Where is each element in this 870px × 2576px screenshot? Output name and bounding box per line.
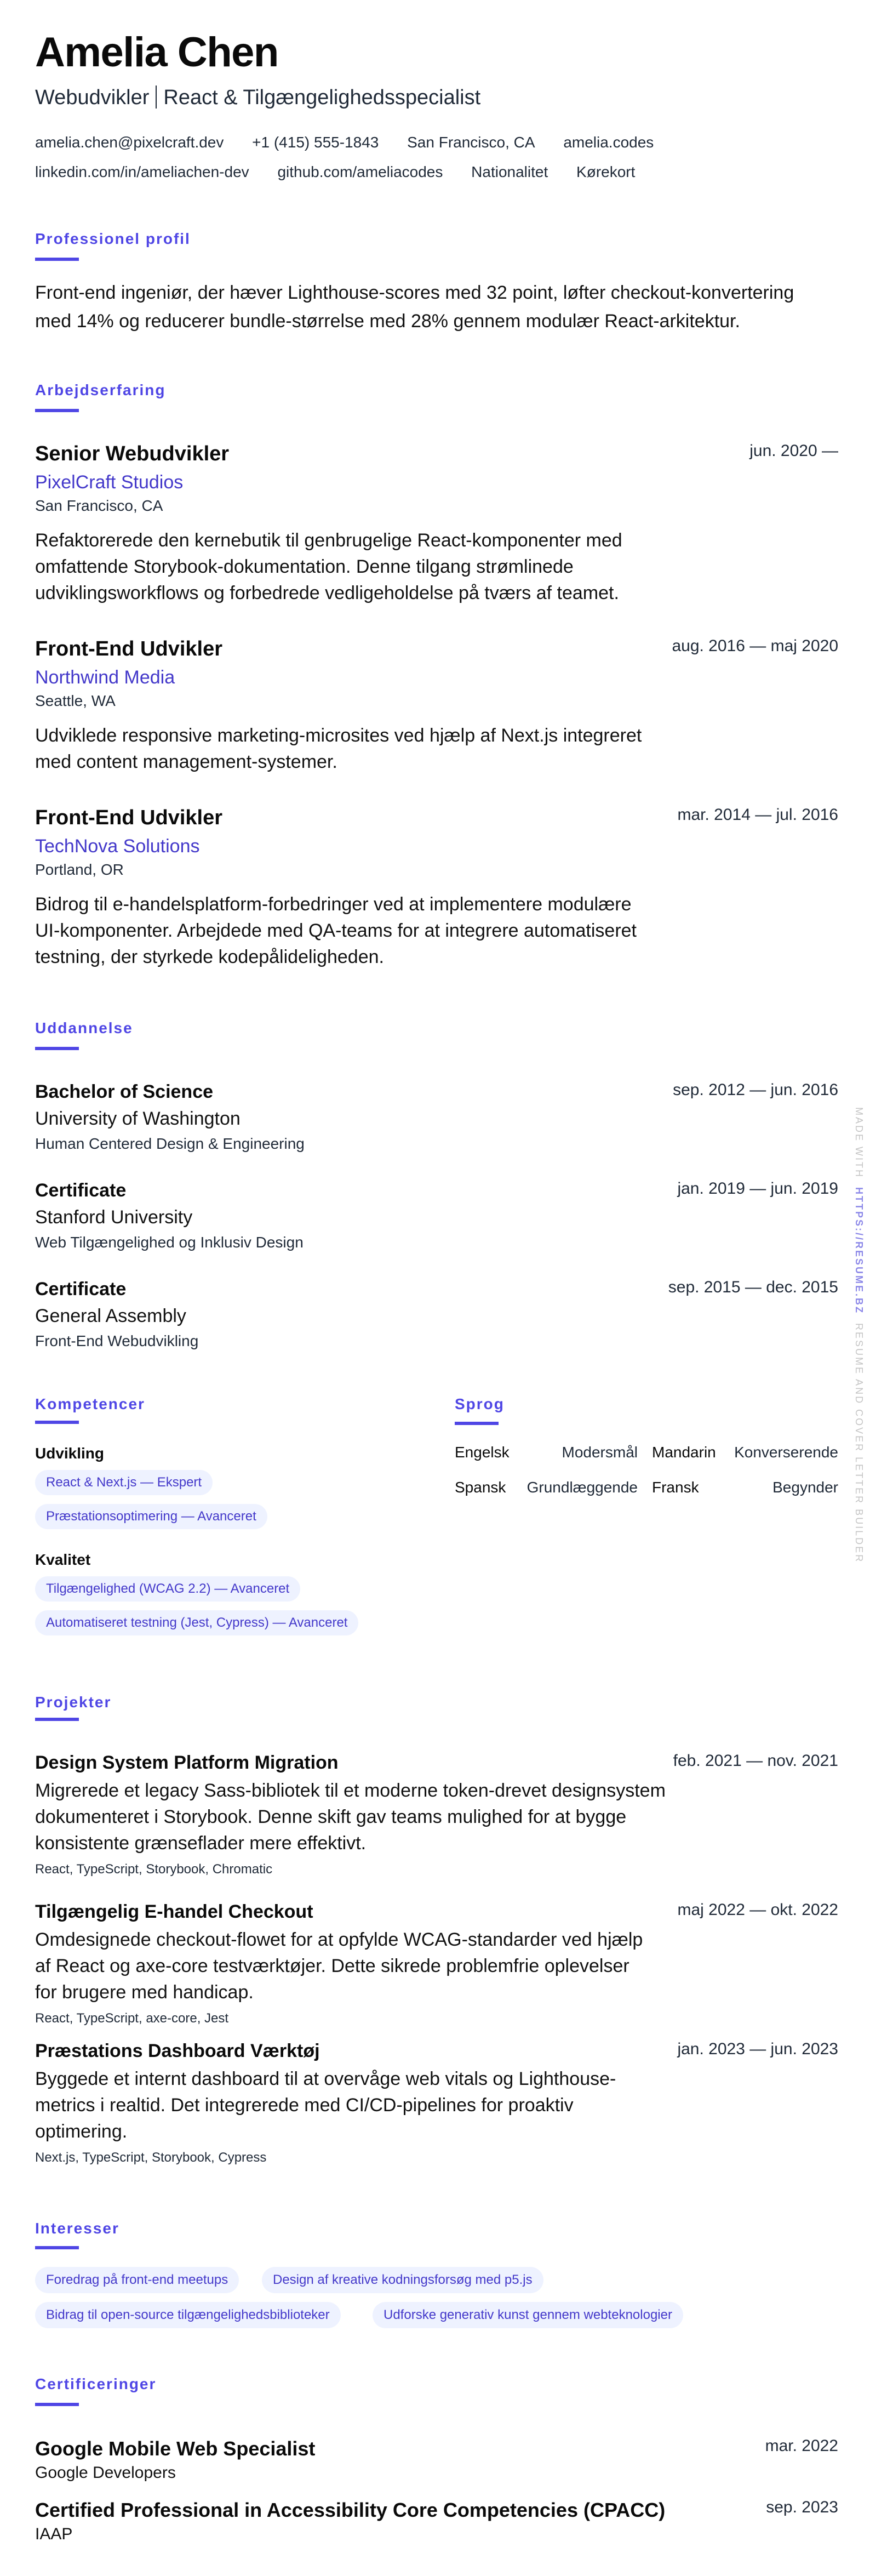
profile-summary: Front-end ingeniør, der hæver Lighthouse… (35, 278, 794, 335)
project-tech: React, TypeScript, axe-core, Jest (35, 2011, 838, 2026)
project-tech: React, TypeScript, Storybook, Chromatic (35, 1862, 838, 1877)
education-field: Human Centered Design & Engineering (35, 1135, 838, 1153)
skill-group-label: Udvikling (35, 1445, 104, 1462)
section-underline (455, 1422, 499, 1425)
language-row: Spansk Grundlæggende Fransk Begynder (455, 1479, 838, 1514)
education-field: Web Tilgængelighed og Inklusiv Design (35, 1233, 838, 1252)
job-company: TechNova Solutions (35, 835, 838, 858)
skill-chip: Præstationsoptimering — Avanceret (35, 1504, 267, 1529)
skill-chip: Automatiseret testning (Jest, Cypress) —… (35, 1610, 358, 1635)
job-location: San Francisco, CA (35, 497, 838, 515)
language-row: Engelsk Modersmål Mandarin Konverserende (455, 1444, 838, 1479)
language-level: Grundlæggende (527, 1479, 638, 1496)
project-description: Migrerede et legacy Sass-bibliotek til e… (35, 1777, 682, 1856)
project-date: maj 2022 — okt. 2022 (677, 1901, 838, 1919)
interest-chip: Foredrag på front-end meetups (35, 2267, 239, 2293)
project-date: feb. 2021 — nov. 2021 (673, 1752, 838, 1770)
project-date: jan. 2023 — jun. 2023 (677, 2040, 838, 2059)
job-company: PixelCraft Studios (35, 471, 838, 494)
job-date: aug. 2016 — maj 2020 (672, 637, 838, 656)
education-item: Certificate jan. 2019 — jun. 2019 Stanfo… (35, 1179, 838, 1251)
project-item: Tilgængelig E-handel Checkout maj 2022 —… (35, 1901, 838, 2026)
job-location: Portland, OR (35, 860, 838, 879)
section-heading-education: Uddannelse (35, 1021, 133, 1036)
contact-nationality: Nationalitet (471, 163, 548, 180)
contact-linkedin[interactable]: linkedin.com/in/ameliachen-dev (35, 163, 249, 180)
interest-chip: Design af kreative kodningsforsøg med p5… (262, 2267, 543, 2293)
candidate-name: Amelia Chen (35, 32, 278, 73)
certification-date: mar. 2022 (765, 2437, 838, 2455)
section-underline (35, 409, 79, 412)
project-item: Præstations Dashboard Værktøj jan. 2023 … (35, 2040, 838, 2165)
certification-title: Certified Professional in Accessibility … (35, 2498, 838, 2522)
education-school: General Assembly (35, 1305, 838, 1327)
subtitle-specialty: React & Tilgængelighedsspecialist (163, 86, 480, 109)
job-description: Bidrog til e-handelsplatform-forbedringe… (35, 891, 649, 970)
section-heading-profile: Professionel profil (35, 231, 191, 247)
job-company: Northwind Media (35, 666, 838, 689)
interest-chip: Bidrag til open-source tilgængelighedsbi… (35, 2302, 341, 2328)
contact-website[interactable]: amelia.codes (563, 134, 654, 151)
section-heading-certifications: Certificeringer (35, 2376, 156, 2392)
section-underline (35, 258, 79, 261)
language-level: Begynder (772, 1479, 838, 1496)
experience-item: Front-End Udvikler mar. 2014 — jul. 2016… (35, 806, 838, 970)
experience-item: Front-End Udvikler aug. 2016 — maj 2020 … (35, 637, 838, 775)
candidate-subtitle: WebudviklerReact & Tilgængelighedsspecia… (35, 86, 480, 111)
section-underline (35, 1718, 79, 1721)
interest-chip: Udforske generativ kunst gennem webtekno… (373, 2302, 683, 2328)
section-underline (35, 1047, 79, 1050)
contact-github[interactable]: github.com/ameliacodes (277, 163, 443, 180)
education-date: sep. 2012 — jun. 2016 (673, 1081, 838, 1099)
contact-drivers-license: Kørekort (576, 163, 635, 180)
skill-chip: React & Next.js — Ekspert (35, 1470, 213, 1495)
language-name: Spansk (455, 1479, 506, 1496)
subtitle-role: Webudvikler (35, 86, 149, 109)
certification-date: sep. 2023 (766, 2498, 838, 2517)
section-heading-skills: Kompetencer (35, 1397, 145, 1412)
section-heading-languages: Sprog (455, 1397, 505, 1412)
contact-location: San Francisco, CA (407, 134, 535, 151)
section-underline (35, 2246, 79, 2249)
education-item: Certificate sep. 2015 — dec. 2015 Genera… (35, 1278, 838, 1350)
language-level: Konverserende (734, 1444, 838, 1461)
languages-grid: Engelsk Modersmål Mandarin Konverserende… (455, 1444, 838, 1514)
section-underline (35, 2403, 79, 2406)
contact-email[interactable]: amelia.chen@pixelcraft.dev (35, 134, 224, 151)
education-school: University of Washington (35, 1108, 838, 1130)
education-date: sep. 2015 — dec. 2015 (668, 1278, 838, 1297)
skill-chip: Tilgængelighed (WCAG 2.2) — Avanceret (35, 1576, 300, 1602)
certification-title: Google Mobile Web Specialist (35, 2437, 838, 2460)
section-heading-interests: Interesser (35, 2221, 119, 2236)
resume-builder-watermark: MADE WITH HTTPS://RESUME.BZ RESUME AND C… (848, 1107, 865, 1563)
watermark-prefix: MADE WITH (854, 1107, 865, 1178)
certification-item: Google Mobile Web Specialist mar. 2022 G… (35, 2437, 838, 2482)
section-heading-projects: Projekter (35, 1695, 111, 1710)
experience-item: Senior Webudvikler jun. 2020 — PixelCraf… (35, 442, 838, 606)
job-description: Udviklede responsive marketing-microsite… (35, 722, 649, 775)
watermark-suffix: RESUME AND COVER LETTER BUILDER (854, 1323, 865, 1563)
education-school: Stanford University (35, 1206, 838, 1229)
job-title: Senior Webudvikler (35, 442, 838, 467)
education-field: Front-End Webudvikling (35, 1332, 838, 1350)
subtitle-divider (156, 86, 157, 109)
job-date: mar. 2014 — jul. 2016 (677, 806, 838, 824)
contact-row-1: amelia.chen@pixelcraft.dev +1 (415) 555-… (35, 134, 678, 151)
language-name: Engelsk (455, 1444, 510, 1461)
certification-item: Certified Professional in Accessibility … (35, 2498, 838, 2544)
contact-phone[interactable]: +1 (415) 555-1843 (252, 134, 379, 151)
job-date: jun. 2020 — (749, 442, 838, 460)
certification-issuer: Google Developers (35, 2464, 838, 2482)
certification-issuer: IAAP (35, 2525, 838, 2544)
project-description: Byggede et internt dashboard til at over… (35, 2066, 643, 2145)
profile-line: Front-end ingeniør, der hæver Lighthouse… (35, 278, 794, 307)
language-level: Modersmål (562, 1444, 638, 1461)
job-location: Seattle, WA (35, 692, 838, 710)
education-date: jan. 2019 — jun. 2019 (677, 1179, 838, 1198)
contact-row-2: linkedin.com/in/ameliachen-dev github.co… (35, 163, 659, 181)
job-description: Refaktorerede den kernebutik til genbrug… (35, 527, 703, 606)
section-underline (35, 1421, 79, 1424)
profile-line: med 14% og reducerer bundle-størrelse me… (35, 307, 794, 335)
section-heading-experience: Arbejdserfaring (35, 383, 166, 398)
language-name: Mandarin (652, 1444, 716, 1461)
project-description: Omdesignede checkout-flowet for at opfyl… (35, 1927, 654, 2005)
project-item: Design System Platform Migration feb. 20… (35, 1752, 838, 1877)
project-tech: Next.js, TypeScript, Storybook, Cypress (35, 2150, 838, 2165)
education-item: Bachelor of Science sep. 2012 — jun. 201… (35, 1081, 838, 1153)
watermark-link[interactable]: HTTPS://RESUME.BZ (854, 1187, 865, 1314)
language-name: Fransk (652, 1479, 699, 1496)
skill-group-label: Kvalitet (35, 1551, 90, 1569)
